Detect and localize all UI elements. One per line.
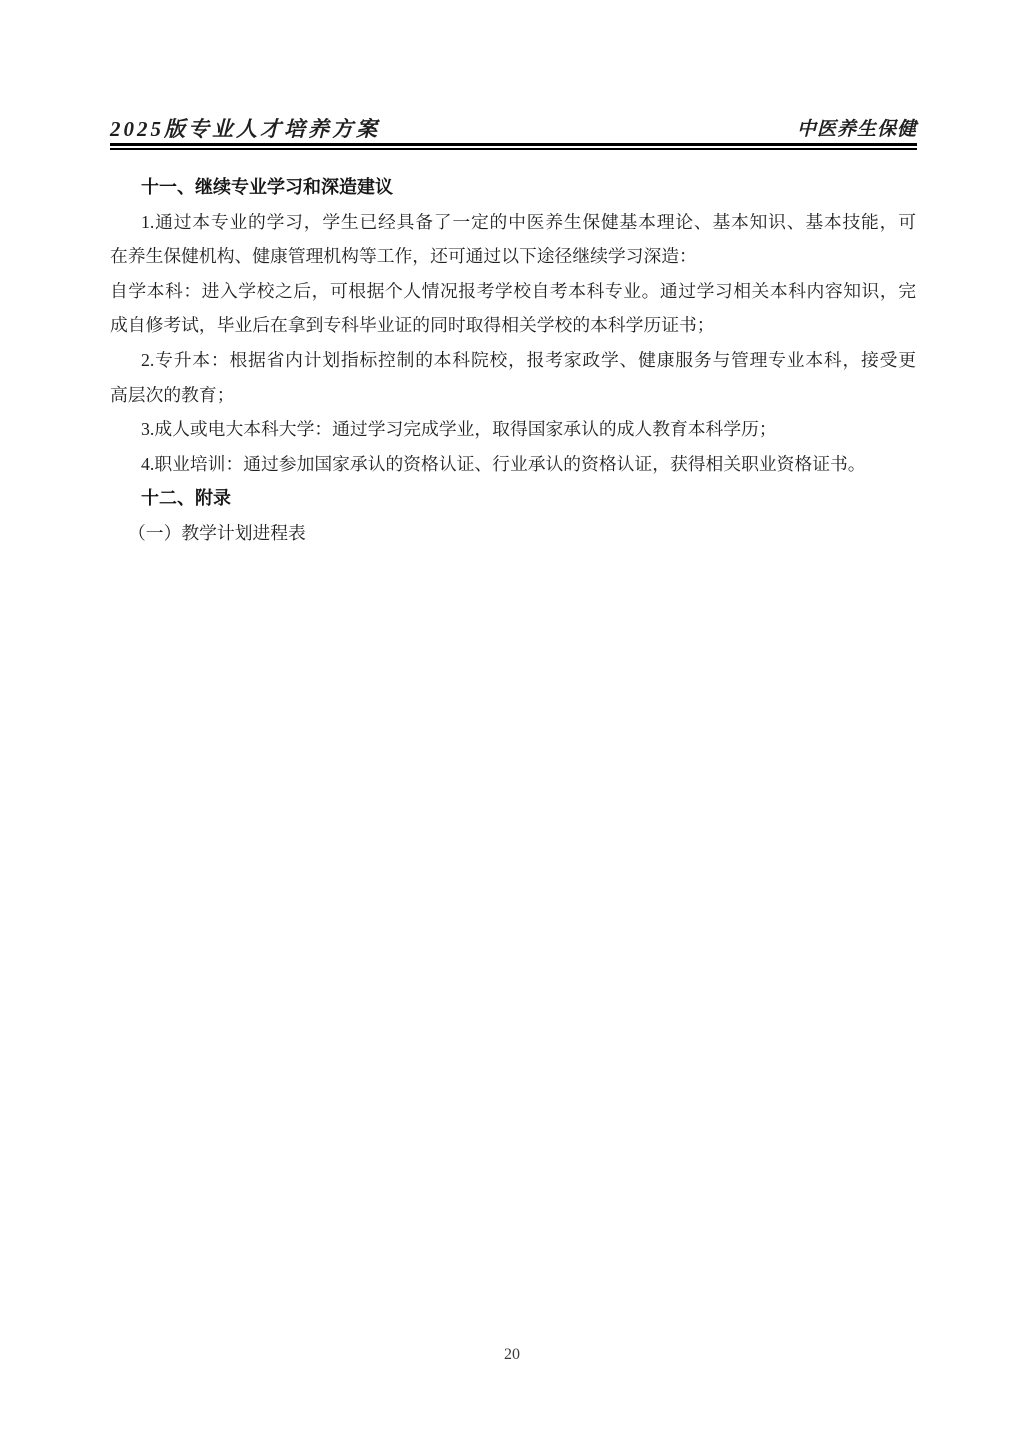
paragraph-line: 2.专升本：根据省内计划指标控制的本科院校，报考家政学、健康服务与管理专业本科，… — [110, 343, 916, 378]
paragraph-line: 4.职业培训：通过参加国家承认的资格认证、行业承认的资格认证，获得相关职业资格证… — [110, 447, 916, 482]
paragraph-line: 3.成人或电大本科大学：通过学习完成学业，取得国家承认的成人教育本科学历； — [110, 412, 916, 447]
header-left-title: 2025版专业人才培养方案 — [110, 116, 380, 143]
appendix-label: （一）教学计划进程表 — [110, 516, 916, 551]
page-footer: 20 — [0, 1345, 1024, 1365]
header-double-rule — [110, 143, 917, 150]
document-body: 十一、继续专业学习和深造建议 1.通过本专业的学习，学生已经具备了一定的中医养生… — [110, 170, 916, 551]
paragraph-line: 1.通过本专业的学习，学生已经具备了一定的中医养生保健基本理论、基本知识、基本技… — [110, 205, 916, 240]
paragraph-line: 高层次的教育； — [110, 378, 916, 413]
paragraph-line: 在养生保健机构、健康管理机构等工作，还可通过以下途径继续学习深造： — [110, 239, 916, 274]
page-number: 20 — [504, 1346, 520, 1363]
rule-thin-line — [110, 148, 917, 150]
paragraph-line: 成自修考试，毕业后在拿到专科毕业证的同时取得相关学校的本科学历证书； — [110, 308, 916, 343]
document-page: 2025版专业人才培养方案 中医养生保健 十一、继续专业学习和深造建议 1.通过… — [0, 0, 1024, 1448]
header-right-title: 中医养生保健 — [797, 116, 917, 143]
section-heading-eleven: 十一、继续专业学习和深造建议 — [110, 170, 916, 205]
section-heading-twelve: 十二、附录 — [110, 481, 916, 516]
paragraph-line: 自学本科：进入学校之后，可根据个人情况报考学校自考本科专业。通过学习相关本科内容… — [110, 274, 916, 309]
page-header: 2025版专业人才培养方案 中医养生保健 — [110, 116, 917, 143]
